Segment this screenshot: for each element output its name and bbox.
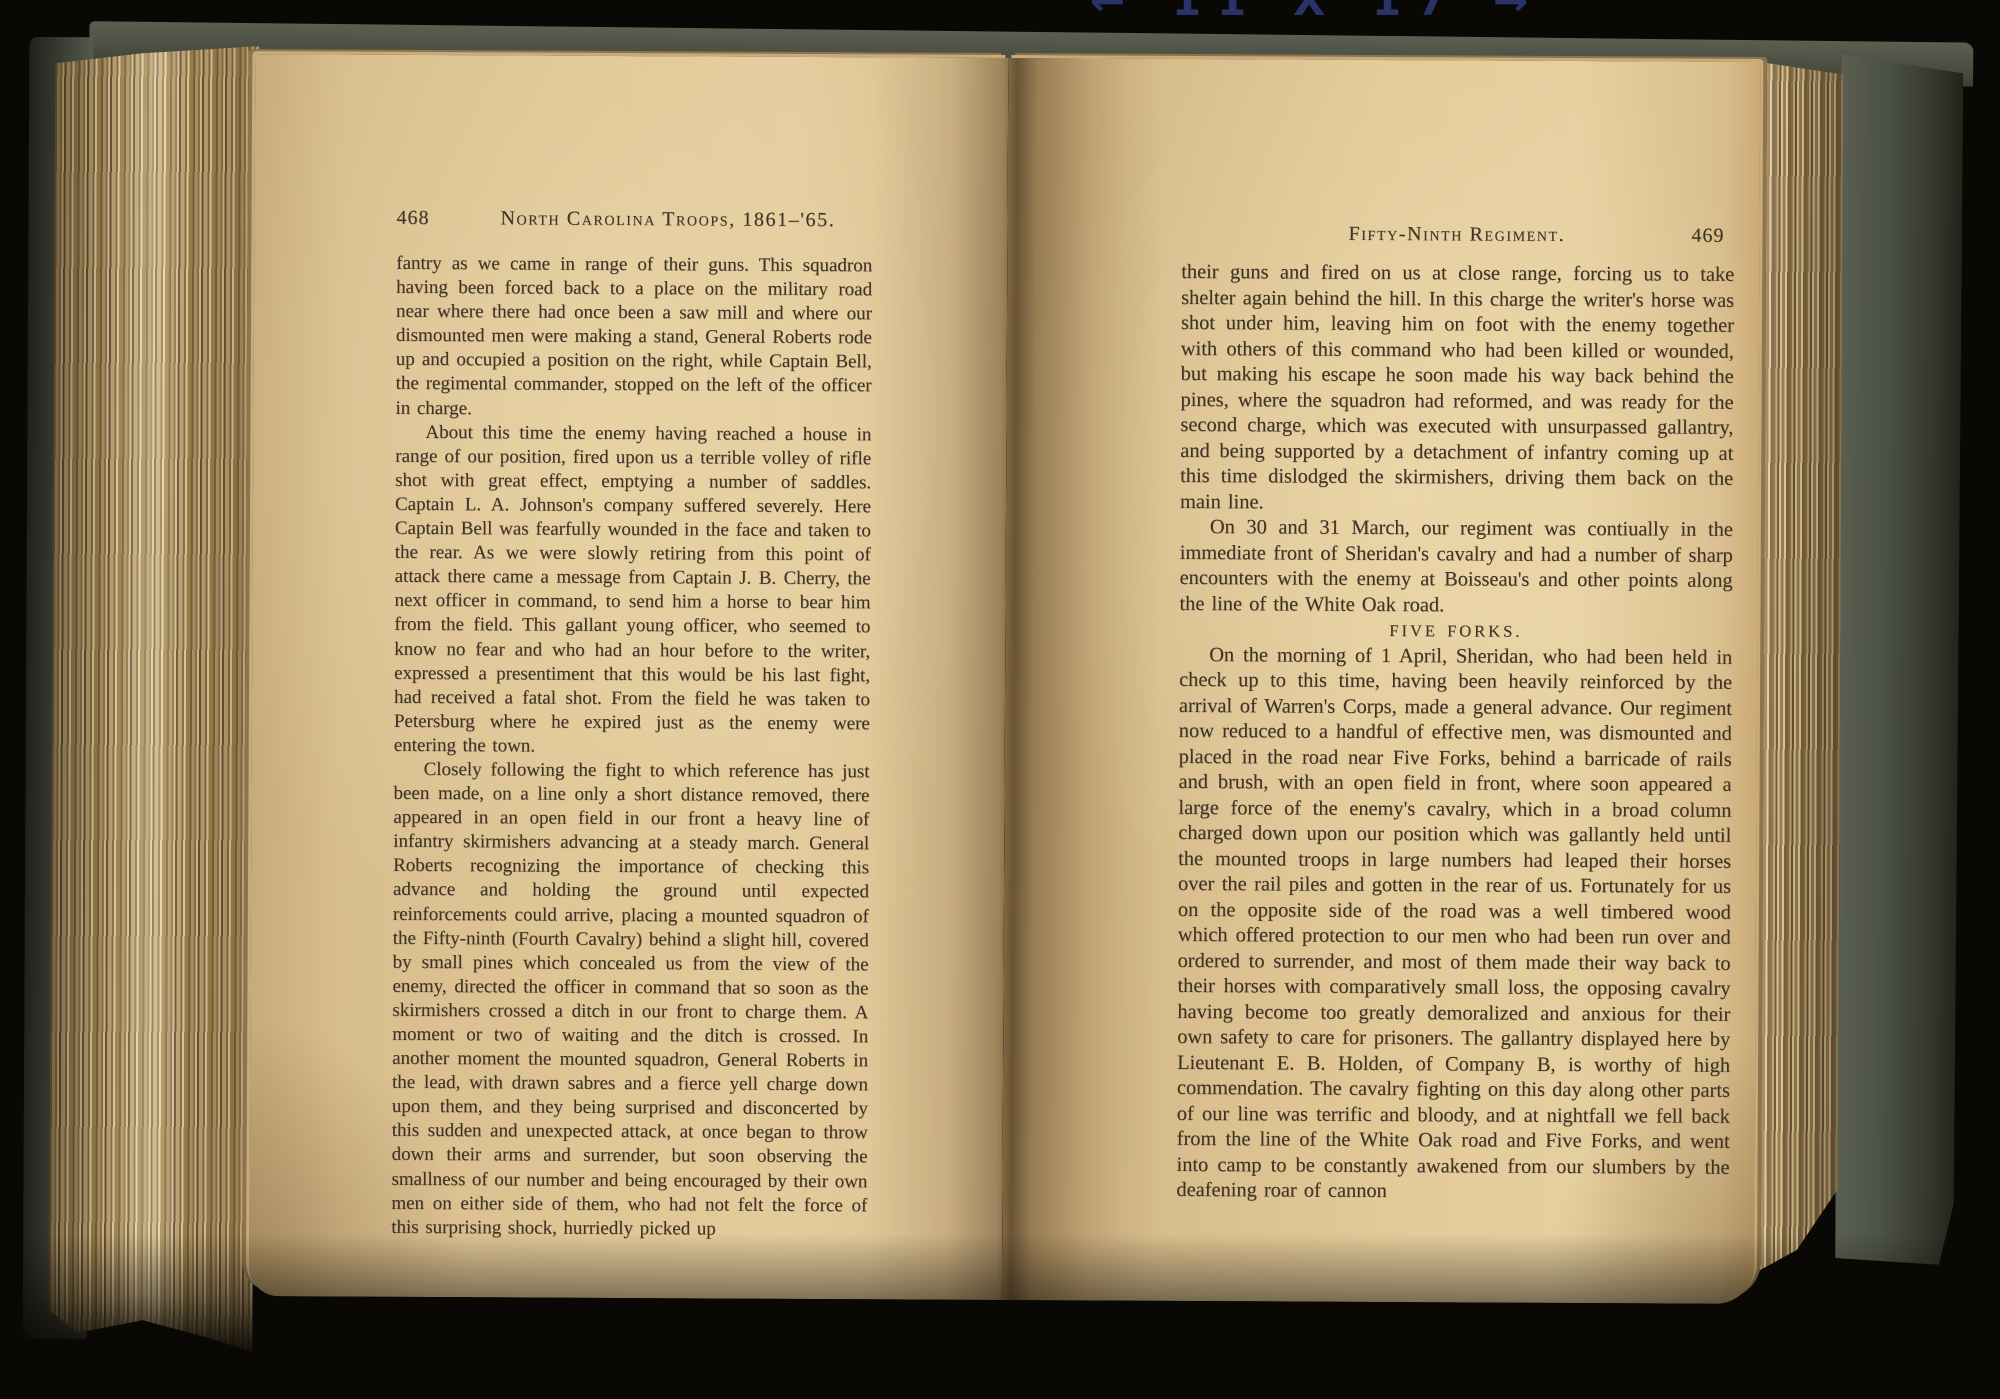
paragraph: Closely following the fight to which ref… xyxy=(391,758,870,1242)
paragraph: About this time the enemy having reached… xyxy=(394,420,872,760)
paragraph: On the morning of 1 April, Sheridan, who… xyxy=(1176,642,1732,1206)
book-scan-scene: ← 11 X 17 → 468 North Carolina Troops, 1… xyxy=(0,0,2000,1399)
paragraph: fantry as we came in range of their guns… xyxy=(395,252,872,423)
open-book: 468 North Carolina Troops, 1861–'65. fan… xyxy=(0,0,2000,1399)
right-running-title: Fifty-Ninth Regiment. xyxy=(1349,223,1566,246)
left-running-title: North Carolina Troops, 1861–'65. xyxy=(500,207,835,232)
right-page-body: their guns and fired on us at close rang… xyxy=(1176,260,1734,1206)
right-page-number: 469 xyxy=(1691,225,1724,248)
left-page-edge-stack xyxy=(49,45,260,1352)
left-page: 468 North Carolina Troops, 1861–'65. fan… xyxy=(249,54,1008,1300)
left-page-header: 468 North Carolina Troops, 1861–'65. xyxy=(397,207,871,209)
paragraph: On 30 and 31 March, our regiment was con… xyxy=(1179,515,1733,620)
right-page-edge-stack xyxy=(1753,62,1843,1274)
section-heading: FIVE FORKS. xyxy=(1179,617,1732,645)
left-page-number: 468 xyxy=(396,207,429,230)
left-page-body: fantry as we came in range of their guns… xyxy=(391,252,872,1242)
right-page-header: Fifty-Ninth Regiment. 469 xyxy=(1181,222,1732,248)
right-page: Fifty-Ninth Regiment. 469 their guns and… xyxy=(1002,58,1760,1304)
paragraph: their guns and fired on us at close rang… xyxy=(1180,260,1734,518)
book-cover-right-board xyxy=(1835,54,1963,1277)
